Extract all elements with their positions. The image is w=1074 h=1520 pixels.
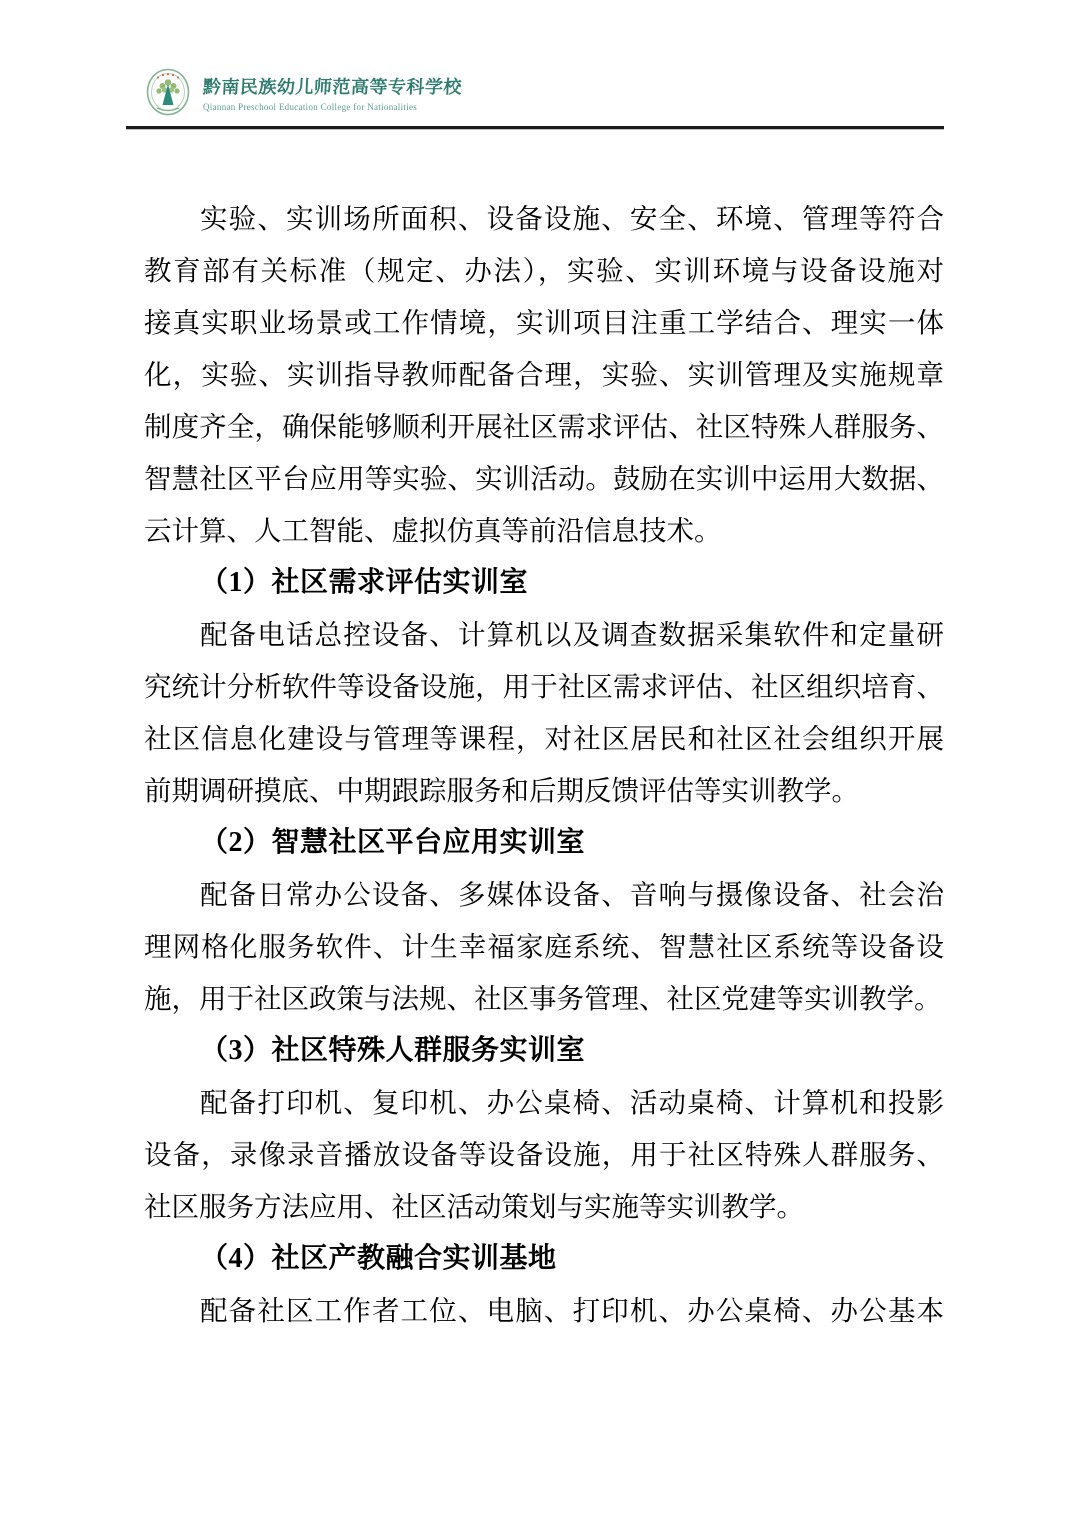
paragraph-line: 配备打印机、复印机、办公桌椅、活动桌椅、计算机和投影 [144, 1077, 944, 1129]
paragraph-line: 配备电话总控设备、计算机以及调查数据采集软件和定量研 [144, 609, 944, 661]
section-heading: （4）社区产教融合实训基地 [144, 1233, 944, 1285]
section-heading: （2）智慧社区平台应用实训室 [144, 817, 944, 869]
paragraph-line: 云计算、人工智能、虚拟仿真等前沿信息技术。 [144, 505, 944, 557]
document-body: 实验、实训场所面积、设备设施、安全、环境、管理等符合教育部有关标准（规定、办法）… [144, 193, 944, 1337]
paragraph-line: 接真实职业场景或工作情境，实训项目注重工学结合、理实一体 [144, 297, 944, 349]
section-heading: （3）社区特殊人群服务实训室 [144, 1025, 944, 1077]
letterhead-logo-row: 黔南民族幼儿师范高等专科学校 Qiannan Preschool Educati… [126, 68, 944, 116]
school-name-block: 黔南民族幼儿师范高等专科学校 Qiannan Preschool Educati… [203, 73, 462, 112]
paragraph-line: 实验、实训场所面积、设备设施、安全、环境、管理等符合 [144, 193, 944, 245]
paragraph-line: 社区信息化建设与管理等课程，对社区居民和社区社会组织开展 [144, 713, 944, 765]
paragraph-line: 究统计分析软件等设备设施，用于社区需求评估、社区组织培育、 [144, 661, 944, 713]
paragraph-line: 社区服务方法应用、社区活动策划与实施等实训教学。 [144, 1181, 944, 1233]
paragraph-line: 施，用于社区政策与法规、社区事务管理、社区党建等实训教学。 [144, 973, 944, 1025]
paragraph-line: 智慧社区平台应用等实验、实训活动。鼓励在实训中运用大数据、 [144, 453, 944, 505]
section-heading: （1）社区需求评估实训室 [144, 557, 944, 609]
letterhead-divider [126, 126, 944, 129]
paragraph-line: 配备日常办公设备、多媒体设备、音响与摄像设备、社会治 [144, 869, 944, 921]
letterhead: 黔南民族幼儿师范高等专科学校 Qiannan Preschool Educati… [126, 68, 944, 116]
school-name-en: Qiannan Preschool Education College for … [203, 102, 462, 112]
document-page: 黔南民族幼儿师范高等专科学校 Qiannan Preschool Educati… [0, 0, 1074, 1520]
school-emblem-icon [146, 68, 190, 116]
paragraph-line: 教育部有关标准（规定、办法），实验、实训环境与设备设施对 [144, 245, 944, 297]
paragraph-line: 化，实验、实训指导教师配备合理，实验、实训管理及实施规章 [144, 349, 944, 401]
paragraph-line: 设备，录像录音播放设备等设备设施，用于社区特殊人群服务、 [144, 1129, 944, 1181]
paragraph-line: 前期调研摸底、中期跟踪服务和后期反馈评估等实训教学。 [144, 765, 944, 817]
school-name-zh: 黔南民族幼儿师范高等专科学校 [202, 73, 462, 99]
paragraph-line: 理网格化服务软件、计生幸福家庭系统、智慧社区系统等设备设 [144, 921, 944, 973]
paragraph-line: 制度齐全，确保能够顺利开展社区需求评估、社区特殊人群服务、 [144, 401, 944, 453]
paragraph-line: 配备社区工作者工位、电脑、打印机、办公桌椅、办公基本 [144, 1285, 944, 1337]
